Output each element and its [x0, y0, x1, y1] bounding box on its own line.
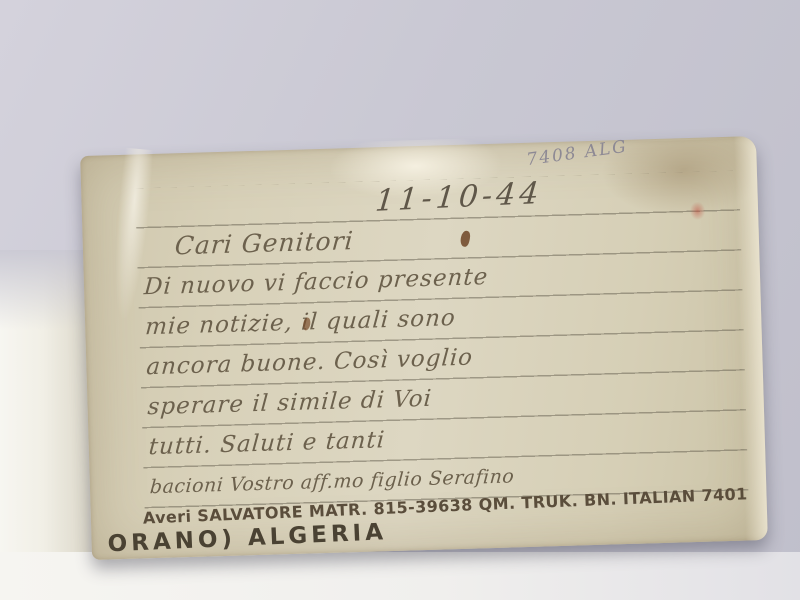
- photo-of-postcard: 7408 ALG 11-10-44 Cari Genitori Di nuovo…: [0, 0, 800, 600]
- postcard: 7408 ALG 11-10-44 Cari Genitori Di nuovo…: [80, 136, 768, 560]
- handwriting-line: sperare il simile di Voi: [146, 378, 434, 429]
- table-surface: [0, 552, 800, 600]
- corner-note: 7408 ALG: [525, 137, 629, 170]
